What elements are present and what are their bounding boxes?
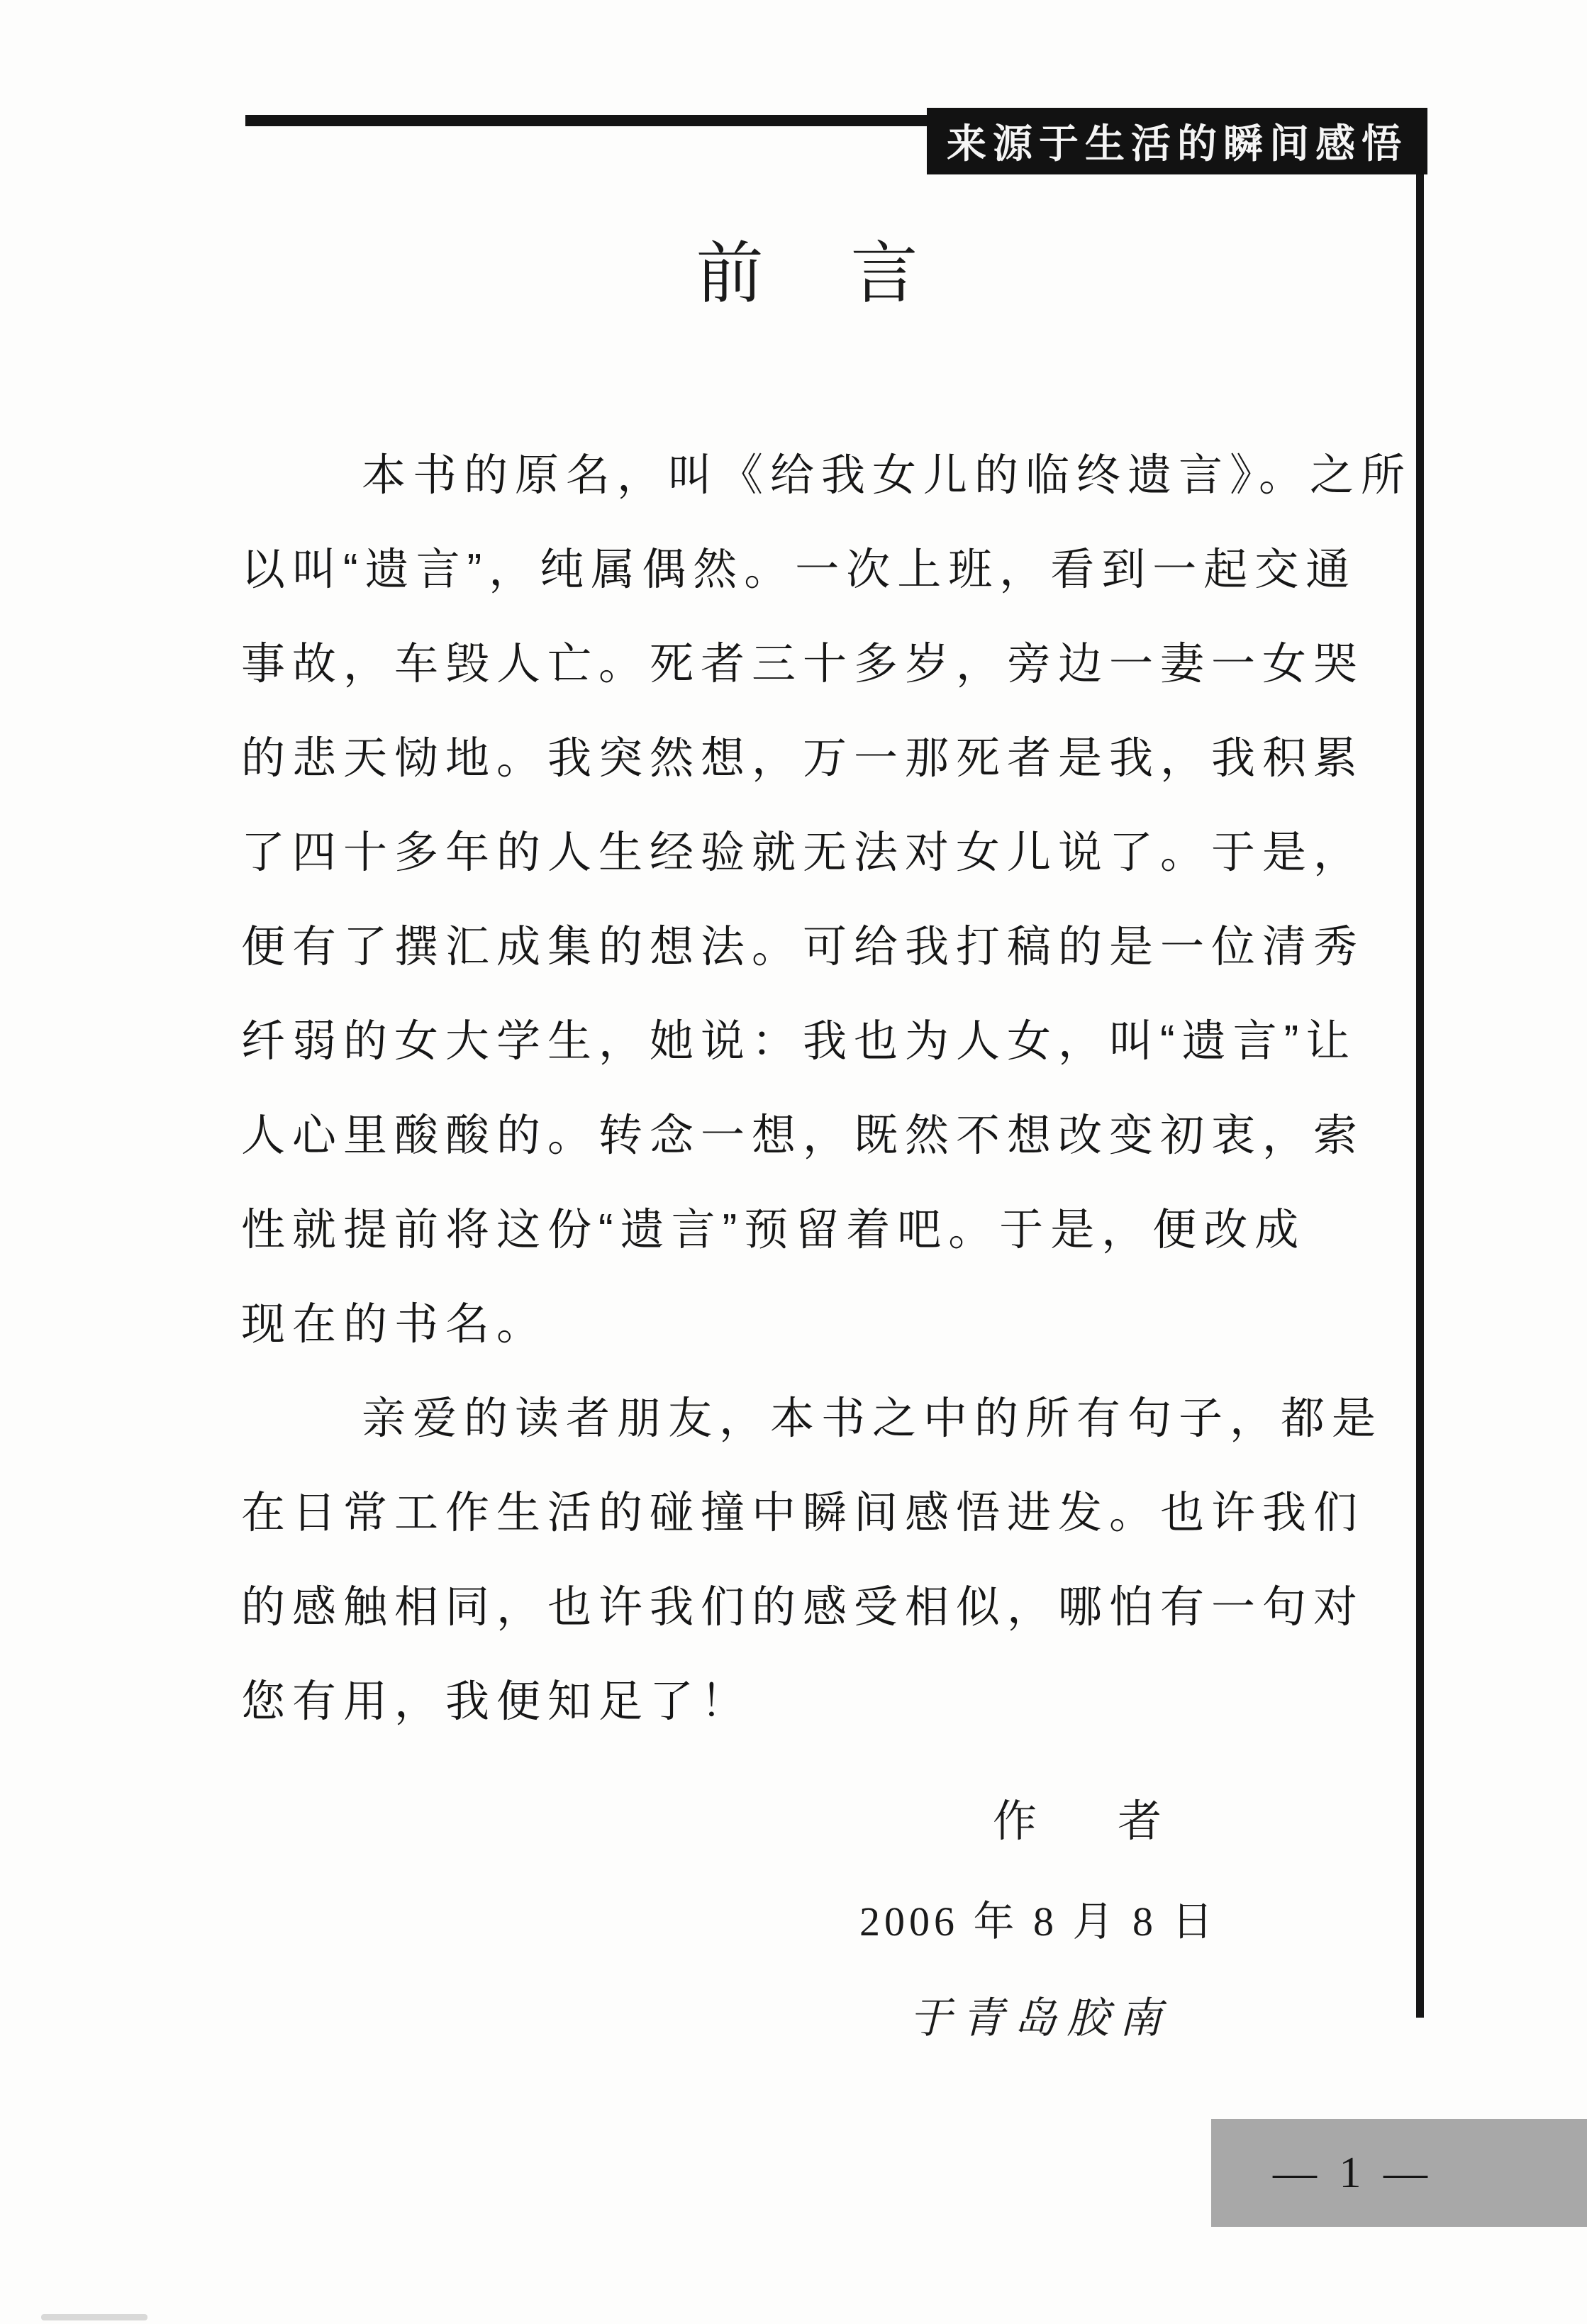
signature-author: 作 者: [993, 1786, 1180, 1849]
header-banner-text: 来源于生活的瞬间感悟: [947, 113, 1408, 169]
body-line: 了四十多年的人生经验就无法对女儿说了。于是，: [241, 801, 1418, 896]
body-line: 以叫“遗言”，纯属偶然。一次上班，看到一起交通: [241, 518, 1418, 613]
body-line: 现在的书名。: [241, 1273, 1418, 1367]
page-number: — 1 —: [1273, 2148, 1433, 2198]
scanned-book-page: 来源于生活的瞬间感悟 前 言 本书的原名，叫《给我女儿的临终遗言》。之所 以叫“…: [0, 0, 1587, 2324]
body-line: 本书的原名，叫《给我女儿的临终遗言》。之所: [241, 424, 1418, 518]
page-title: 前 言: [241, 220, 1383, 312]
body-line: 便有了撰汇成集的想法。可给我打稿的是一位清秀: [241, 896, 1418, 990]
body-line: 的感触相同，也许我们的感受相似，哪怕有一句对: [241, 1556, 1418, 1650]
body-line: 事故，车毁人亡。死者三十多岁，旁边一妻一女哭: [241, 613, 1418, 707]
scan-smudge: [41, 2314, 147, 2320]
page-number-strip: — 1 —: [1211, 2119, 1587, 2227]
body-line: 的悲天恸地。我突然想，万一那死者是我，我积累: [241, 707, 1418, 801]
signature-date: 2006 年 8 月 8 日: [859, 1888, 1218, 1947]
body-line: 人心里酸酸的。转念一想，既然不想改变初衷，索: [241, 1084, 1418, 1179]
body-line: 纤弱的女大学生，她说：我也为人女，叫“遗言”让: [241, 990, 1418, 1084]
body-line: 在日常工作生活的碰撞中瞬间感悟进发。也许我们: [241, 1462, 1418, 1556]
header-banner: 来源于生活的瞬间感悟: [927, 108, 1427, 174]
body-line: 亲爱的读者朋友，本书之中的所有句子，都是: [241, 1367, 1418, 1462]
body-line: 您有用，我便知足了！: [241, 1650, 1418, 1745]
body-line: 性就提前将这份“遗言”预留着吧。于是，便改成: [241, 1179, 1418, 1273]
header-rule: [245, 115, 937, 126]
preface-body: 本书的原名，叫《给我女儿的临终遗言》。之所 以叫“遗言”，纯属偶然。一次上班，看…: [241, 424, 1418, 1745]
signature-place: 于青岛胶南: [909, 1984, 1171, 2045]
